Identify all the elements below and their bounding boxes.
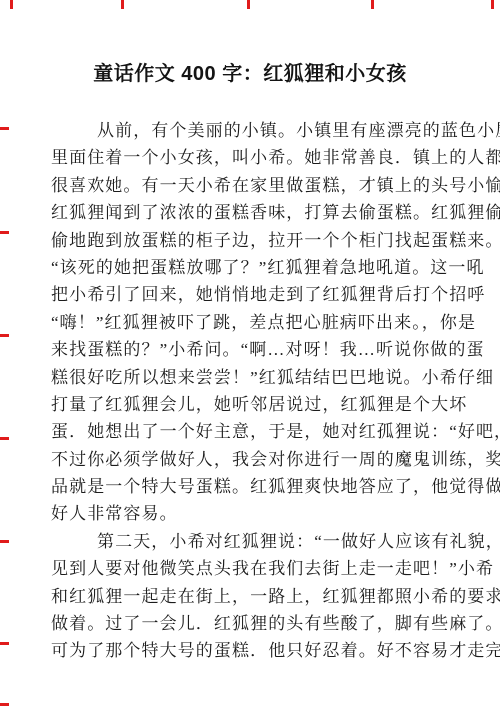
text-line: 和红狐狸一起走在街上，一路上，红狐狸都照小希的要求 <box>51 583 455 610</box>
text-line: 打量了红狐狸会儿，她听邻居说过，红狐狸是个大坏 <box>51 391 455 418</box>
text-line: 来找蛋糕的？”小希问。“啊…对呀！我…听说你做的蛋 <box>51 336 455 363</box>
red-tick-icon <box>0 437 9 440</box>
text-line: “该死的她把蛋糕放哪了？”红狐狸着急地吼道。这一吼 <box>51 254 455 281</box>
text-line: 不过你必须学做好人，我会对你进行一周的魔鬼训练，奖 <box>51 446 455 473</box>
text-line: “嗨！”红狐狸被吓了跳，差点把心脏病吓出来。，你是 <box>51 309 455 336</box>
red-tick-icon <box>0 642 9 645</box>
red-tick-icon <box>0 231 9 234</box>
text-line: 品就是一个特大号蛋糕。红狐狸爽快地答应了，他觉得做 <box>51 473 455 500</box>
red-tick-icon <box>491 0 494 9</box>
text-line: 第二天，小希对红狐狸说：“一做好人应该有礼貌， <box>51 528 455 555</box>
red-tick-icon <box>0 540 9 543</box>
red-tick-icon <box>0 334 9 337</box>
text-line: 把小希引了回来，她悄悄地走到了红狐狸背后打个招呼 <box>51 281 455 308</box>
essay-body: 从前，有个美丽的小镇。小镇里有座漂亮的蓝色小屋，里面住着一个小女孩，叫小希。她非… <box>51 117 455 665</box>
text-line: 蛋．她想出了一个好主意，于是，她对红孤狸说：“好吧， <box>51 418 455 445</box>
text-line: 做着。过了一会儿．红狐狸的头有些酸了，脚有些麻了。 <box>51 610 455 637</box>
text-line: 可为了那个特大号的蛋糕．他只好忍着。好不容易才走完 <box>51 637 455 664</box>
red-tick-icon <box>247 0 250 9</box>
red-tick-icon <box>0 127 9 130</box>
text-line: 红狐狸闻到了浓浓的蛋糕香味，打算去偷蛋糕。红狐狸偷 <box>51 199 455 226</box>
text-line: 从前，有个美丽的小镇。小镇里有座漂亮的蓝色小屋， <box>51 117 455 144</box>
red-tick-icon <box>371 0 374 9</box>
document-page: 童话作文 400 字：红狐狸和小女孩 从前，有个美丽的小镇。小镇里有座漂亮的蓝色… <box>0 0 500 708</box>
text-line: 好人非常容易。 <box>51 500 455 527</box>
text-line: 很喜欢她。有一天小希在家里做蛋糕，才镇上的头号小愉 <box>51 172 455 199</box>
text-line: 里面住着一个小女孩，叫小希。她非常善良．镇上的人都 <box>51 144 455 171</box>
red-tick-icon <box>10 0 13 9</box>
red-tick-icon <box>0 703 9 706</box>
text-line: 见到人要对他微笑点头我在我们去街上走一走吧！”小希 <box>51 555 455 582</box>
page-title: 童话作文 400 字：红狐狸和小女孩 <box>0 57 500 86</box>
text-line: 偷地跑到放蛋糕的柜子边，拉开一个个柜门找起蛋糕来。 <box>51 227 455 254</box>
red-tick-icon <box>121 0 124 9</box>
text-line: 糕很好吃所以想来尝尝！”红狐结结巴巴地说。小希仔细 <box>51 364 455 391</box>
